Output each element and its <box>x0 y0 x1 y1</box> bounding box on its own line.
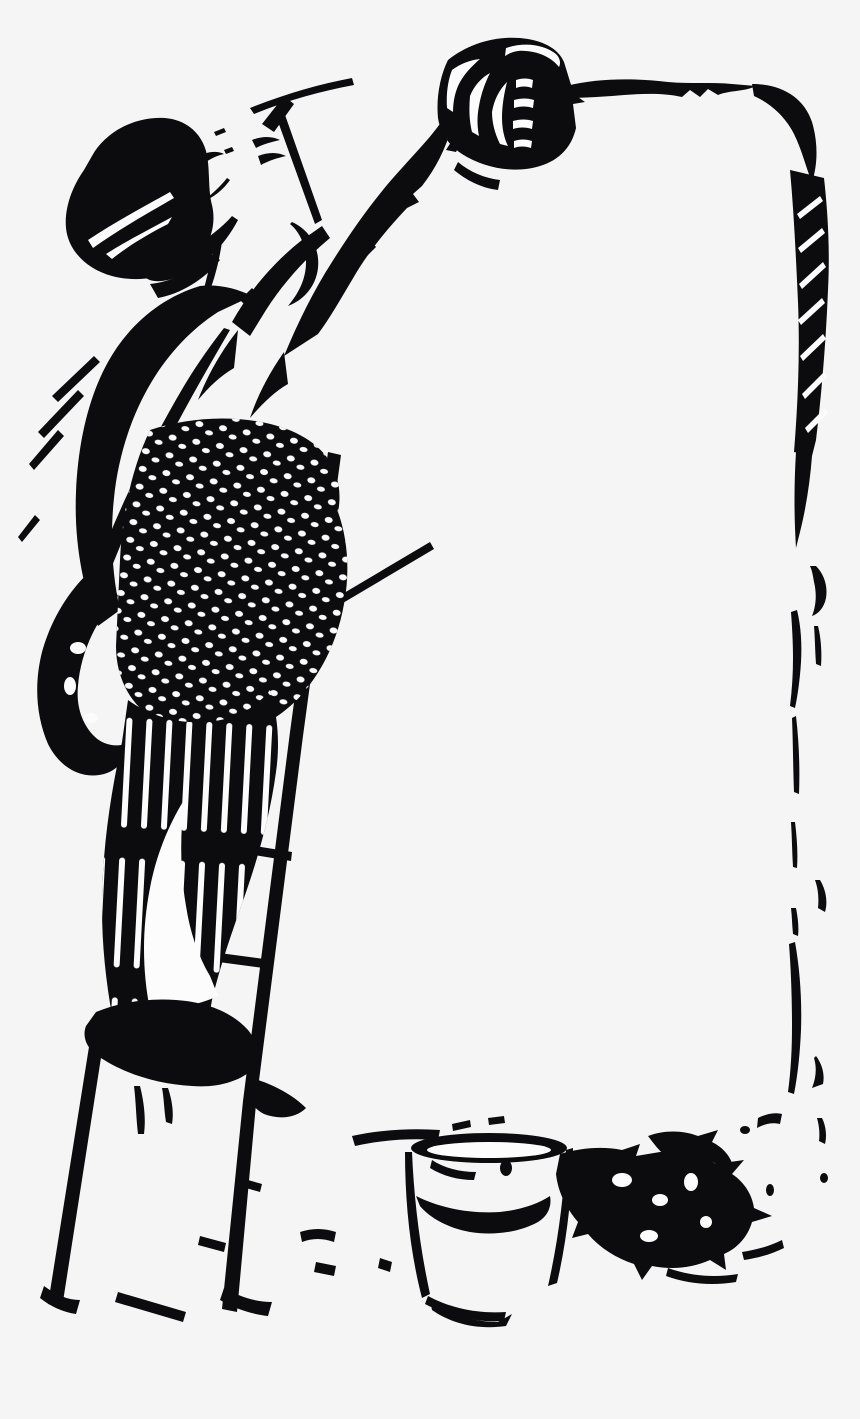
painter-illustration-svg: Vintage painter on a ladder painting a f… <box>0 0 860 1419</box>
bucket-rim-inner <box>427 1142 551 1158</box>
illustration-canvas: Vintage painter on a ladder painting a f… <box>0 0 860 1419</box>
